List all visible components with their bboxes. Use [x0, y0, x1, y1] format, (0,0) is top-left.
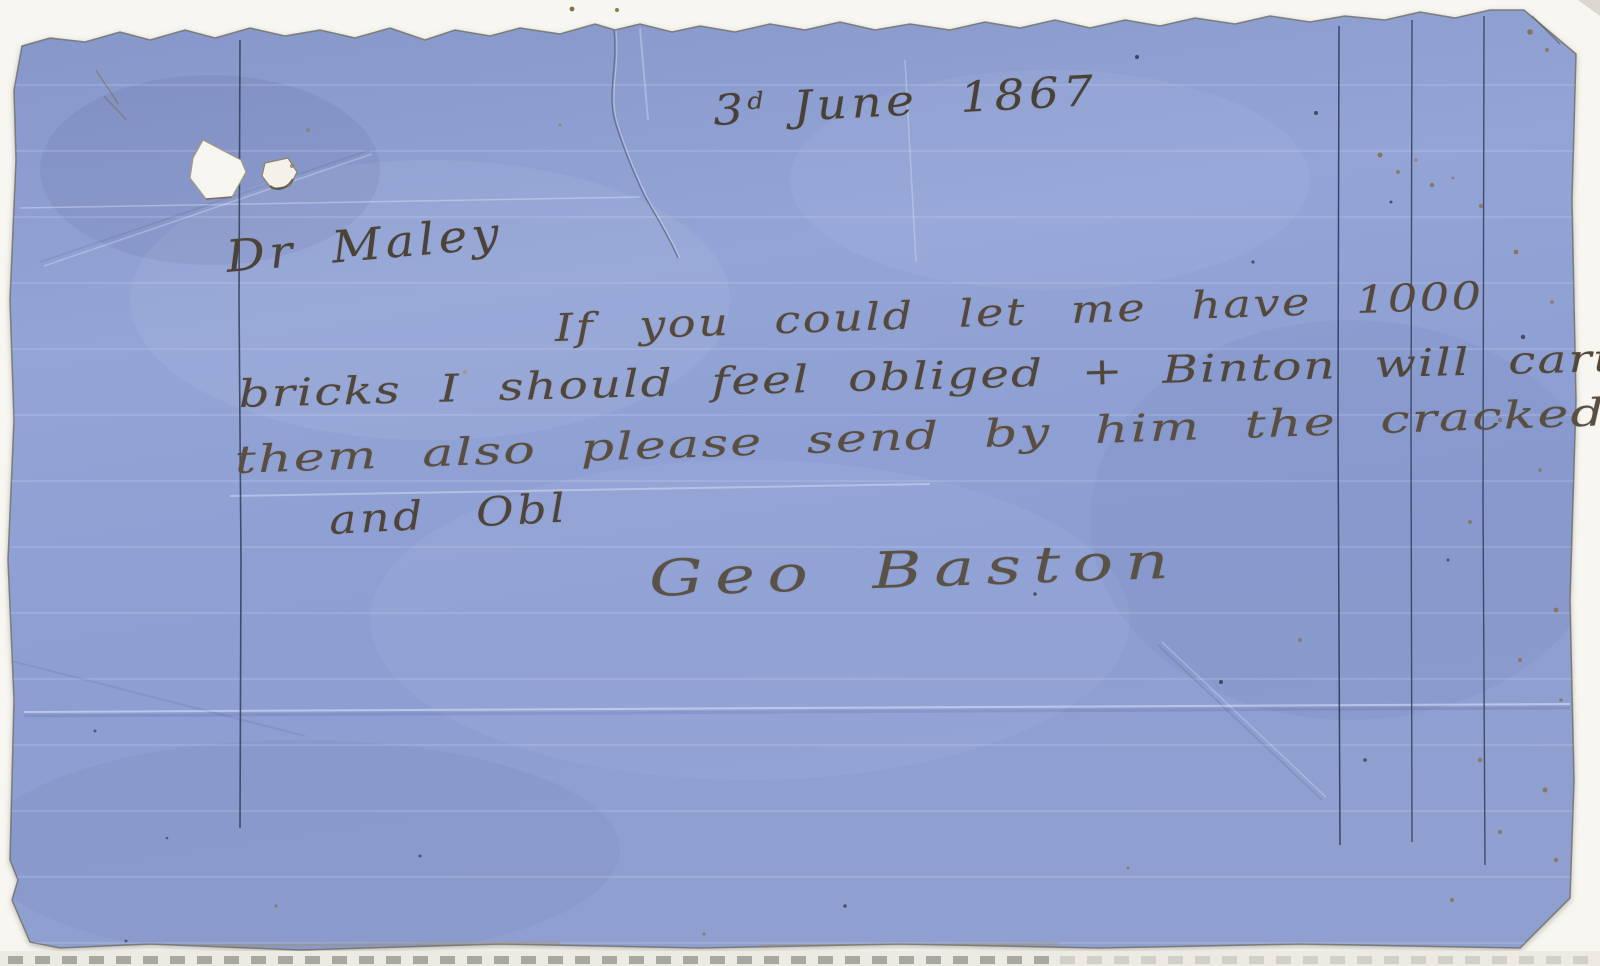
margin-specks — [570, 7, 619, 12]
letter-paper-graphic — [0, 0, 1600, 966]
bottom-perforation-strip — [0, 951, 1600, 966]
scan-edge-artifact — [1578, 0, 1600, 16]
scanned-letter-document: 3dJune 1867 Dr Maley If you could let me… — [0, 0, 1600, 966]
